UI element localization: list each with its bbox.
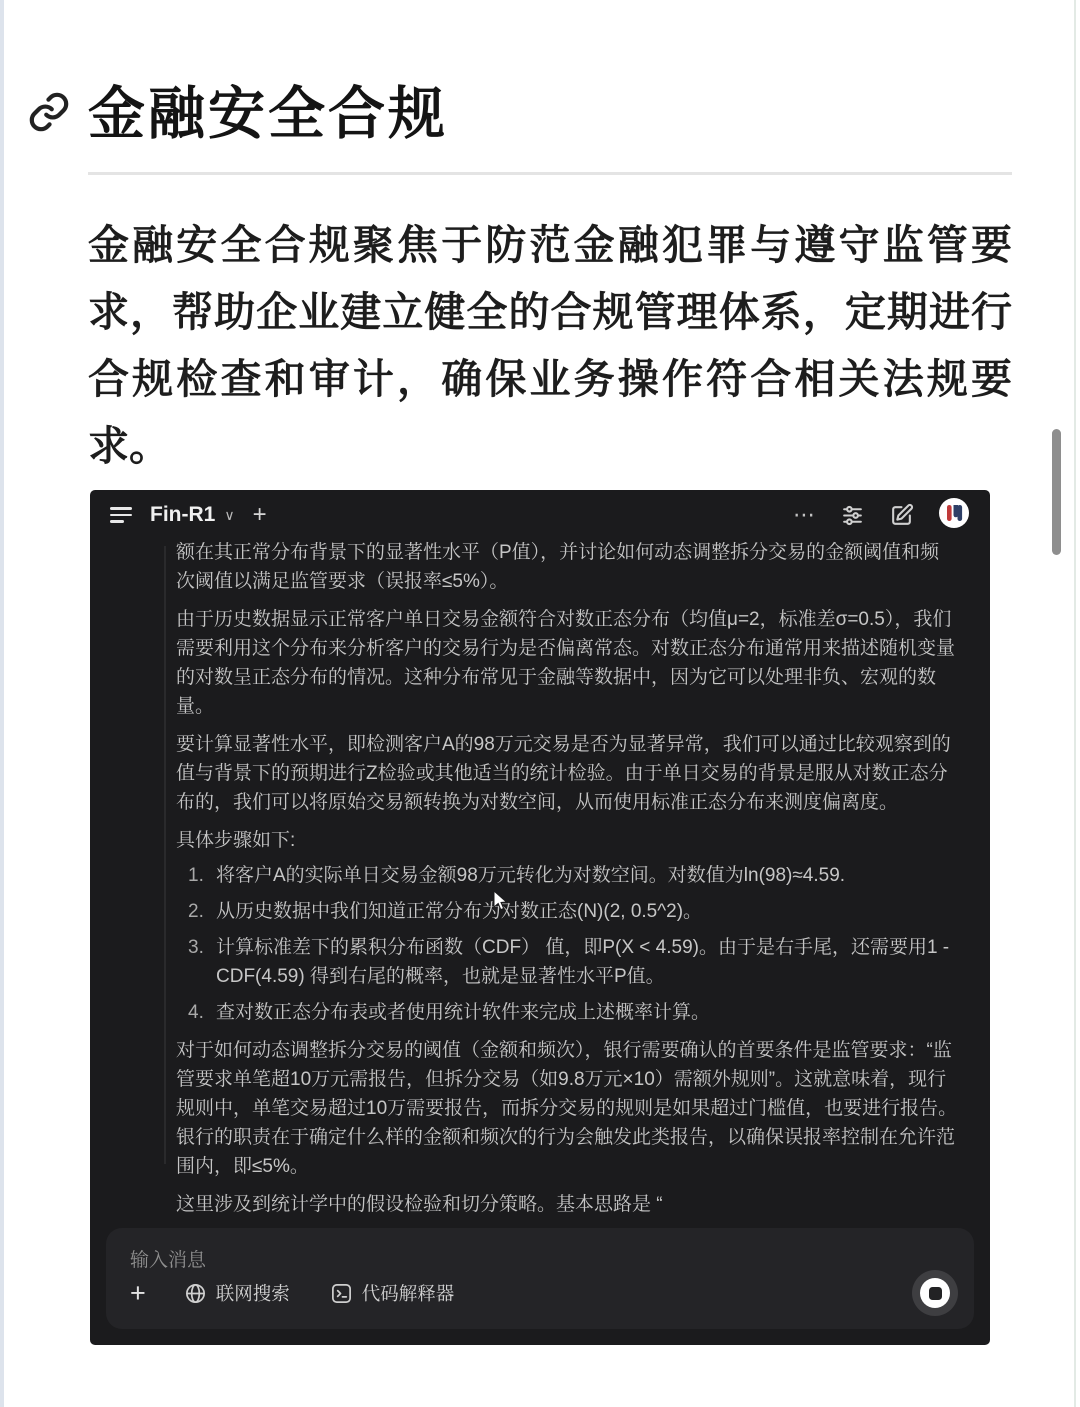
sliders-icon[interactable] <box>840 503 865 528</box>
message-paragraph: 要计算显著性水平，即检测客户A的98万元交易是否为显著异常，我们可以通过比较观察… <box>176 730 958 817</box>
message-paragraph: 额在其正常分布背景下的显著性水平（P值），并讨论如何动态调整拆分交易的金额阈值和… <box>176 538 958 596</box>
brand-logo <box>938 497 970 534</box>
list-item: 计算标准差下的累积分布函数（CDF） 值，即P(X < 4.59)。由于是右手尾… <box>176 933 958 991</box>
globe-icon <box>184 1282 207 1305</box>
title-divider <box>88 172 1012 175</box>
page-right-edge <box>1074 0 1076 1407</box>
code-interpreter-label: 代码解释器 <box>362 1280 455 1306</box>
intro-paragraph: 金融安全合规聚焦于防范金融犯罪与遵守监管要求，帮助企业建立健全的合规管理体系，定… <box>88 212 1012 480</box>
mouse-cursor-icon <box>492 890 509 912</box>
list-item: 查对数正态分布表或者使用统计软件来完成上述概率计算。 <box>176 998 958 1027</box>
steps-list: 将客户A的实际单日交易金额98万元转化为对数空间。对数值为ln(98)≈4.59… <box>176 861 958 1027</box>
attach-button[interactable]: + <box>130 1280 146 1307</box>
chat-app-panel: Fin-R1 ∨ + ⋯ <box>90 490 990 1345</box>
terminal-icon <box>330 1282 353 1305</box>
new-chat-button[interactable]: + <box>253 503 267 527</box>
chevron-down-icon[interactable]: ∨ <box>224 507 234 524</box>
code-interpreter-button[interactable]: 代码解释器 <box>330 1280 455 1306</box>
model-selector[interactable]: Fin-R1 <box>150 503 215 527</box>
stop-icon <box>920 1278 950 1308</box>
input-toolbar: + 联网搜索 <box>130 1270 958 1316</box>
menu-icon[interactable] <box>110 507 132 523</box>
message-paragraph: 由于历史数据显示正常客户单日交易金额符合对数正态分布（均值μ=2，标准差σ=0.… <box>176 605 958 721</box>
page-scrollbar-thumb[interactable] <box>1052 429 1061 555</box>
page-title: 金融安全合规 <box>88 68 448 150</box>
web-search-label: 联网搜索 <box>216 1280 290 1306</box>
chat-header-actions: ⋯ <box>793 497 970 534</box>
message-input[interactable]: 输入消息 + 联网搜索 <box>106 1228 974 1329</box>
compose-icon[interactable] <box>889 503 914 528</box>
message-rail <box>164 546 166 1164</box>
link-icon[interactable] <box>27 90 71 134</box>
stop-generating-button[interactable] <box>912 1270 958 1316</box>
assistant-message: 额在其正常分布背景下的显著性水平（P值），并讨论如何动态调整拆分交易的金额阈值和… <box>176 538 958 1228</box>
web-search-button[interactable]: 联网搜索 <box>184 1280 290 1306</box>
chat-header: Fin-R1 ∨ + ⋯ <box>90 490 990 540</box>
page: 金融安全合规 金融安全合规聚焦于防范金融犯罪与遵守监管要求，帮助企业建立健全的合… <box>0 0 1080 1407</box>
input-placeholder: 输入消息 <box>130 1245 206 1272</box>
page-left-edge <box>0 0 4 1407</box>
more-options-icon[interactable]: ⋯ <box>793 502 816 528</box>
list-item: 从历史数据中我们知道正常分布为对数正态(N)(2, 0.5^2)。 <box>176 897 958 926</box>
message-paragraph: 对于如何动态调整拆分交易的阈值（金额和频次），银行需要确认的首要条件是监管要求：… <box>176 1036 958 1181</box>
list-item: 将客户A的实际单日交易金额98万元转化为对数空间。对数值为ln(98)≈4.59… <box>176 861 958 890</box>
steps-title: 具体步骤如下: <box>176 826 958 855</box>
message-paragraph: 这里涉及到统计学中的假设检验和切分策略。基本思路是 “ <box>176 1190 958 1219</box>
